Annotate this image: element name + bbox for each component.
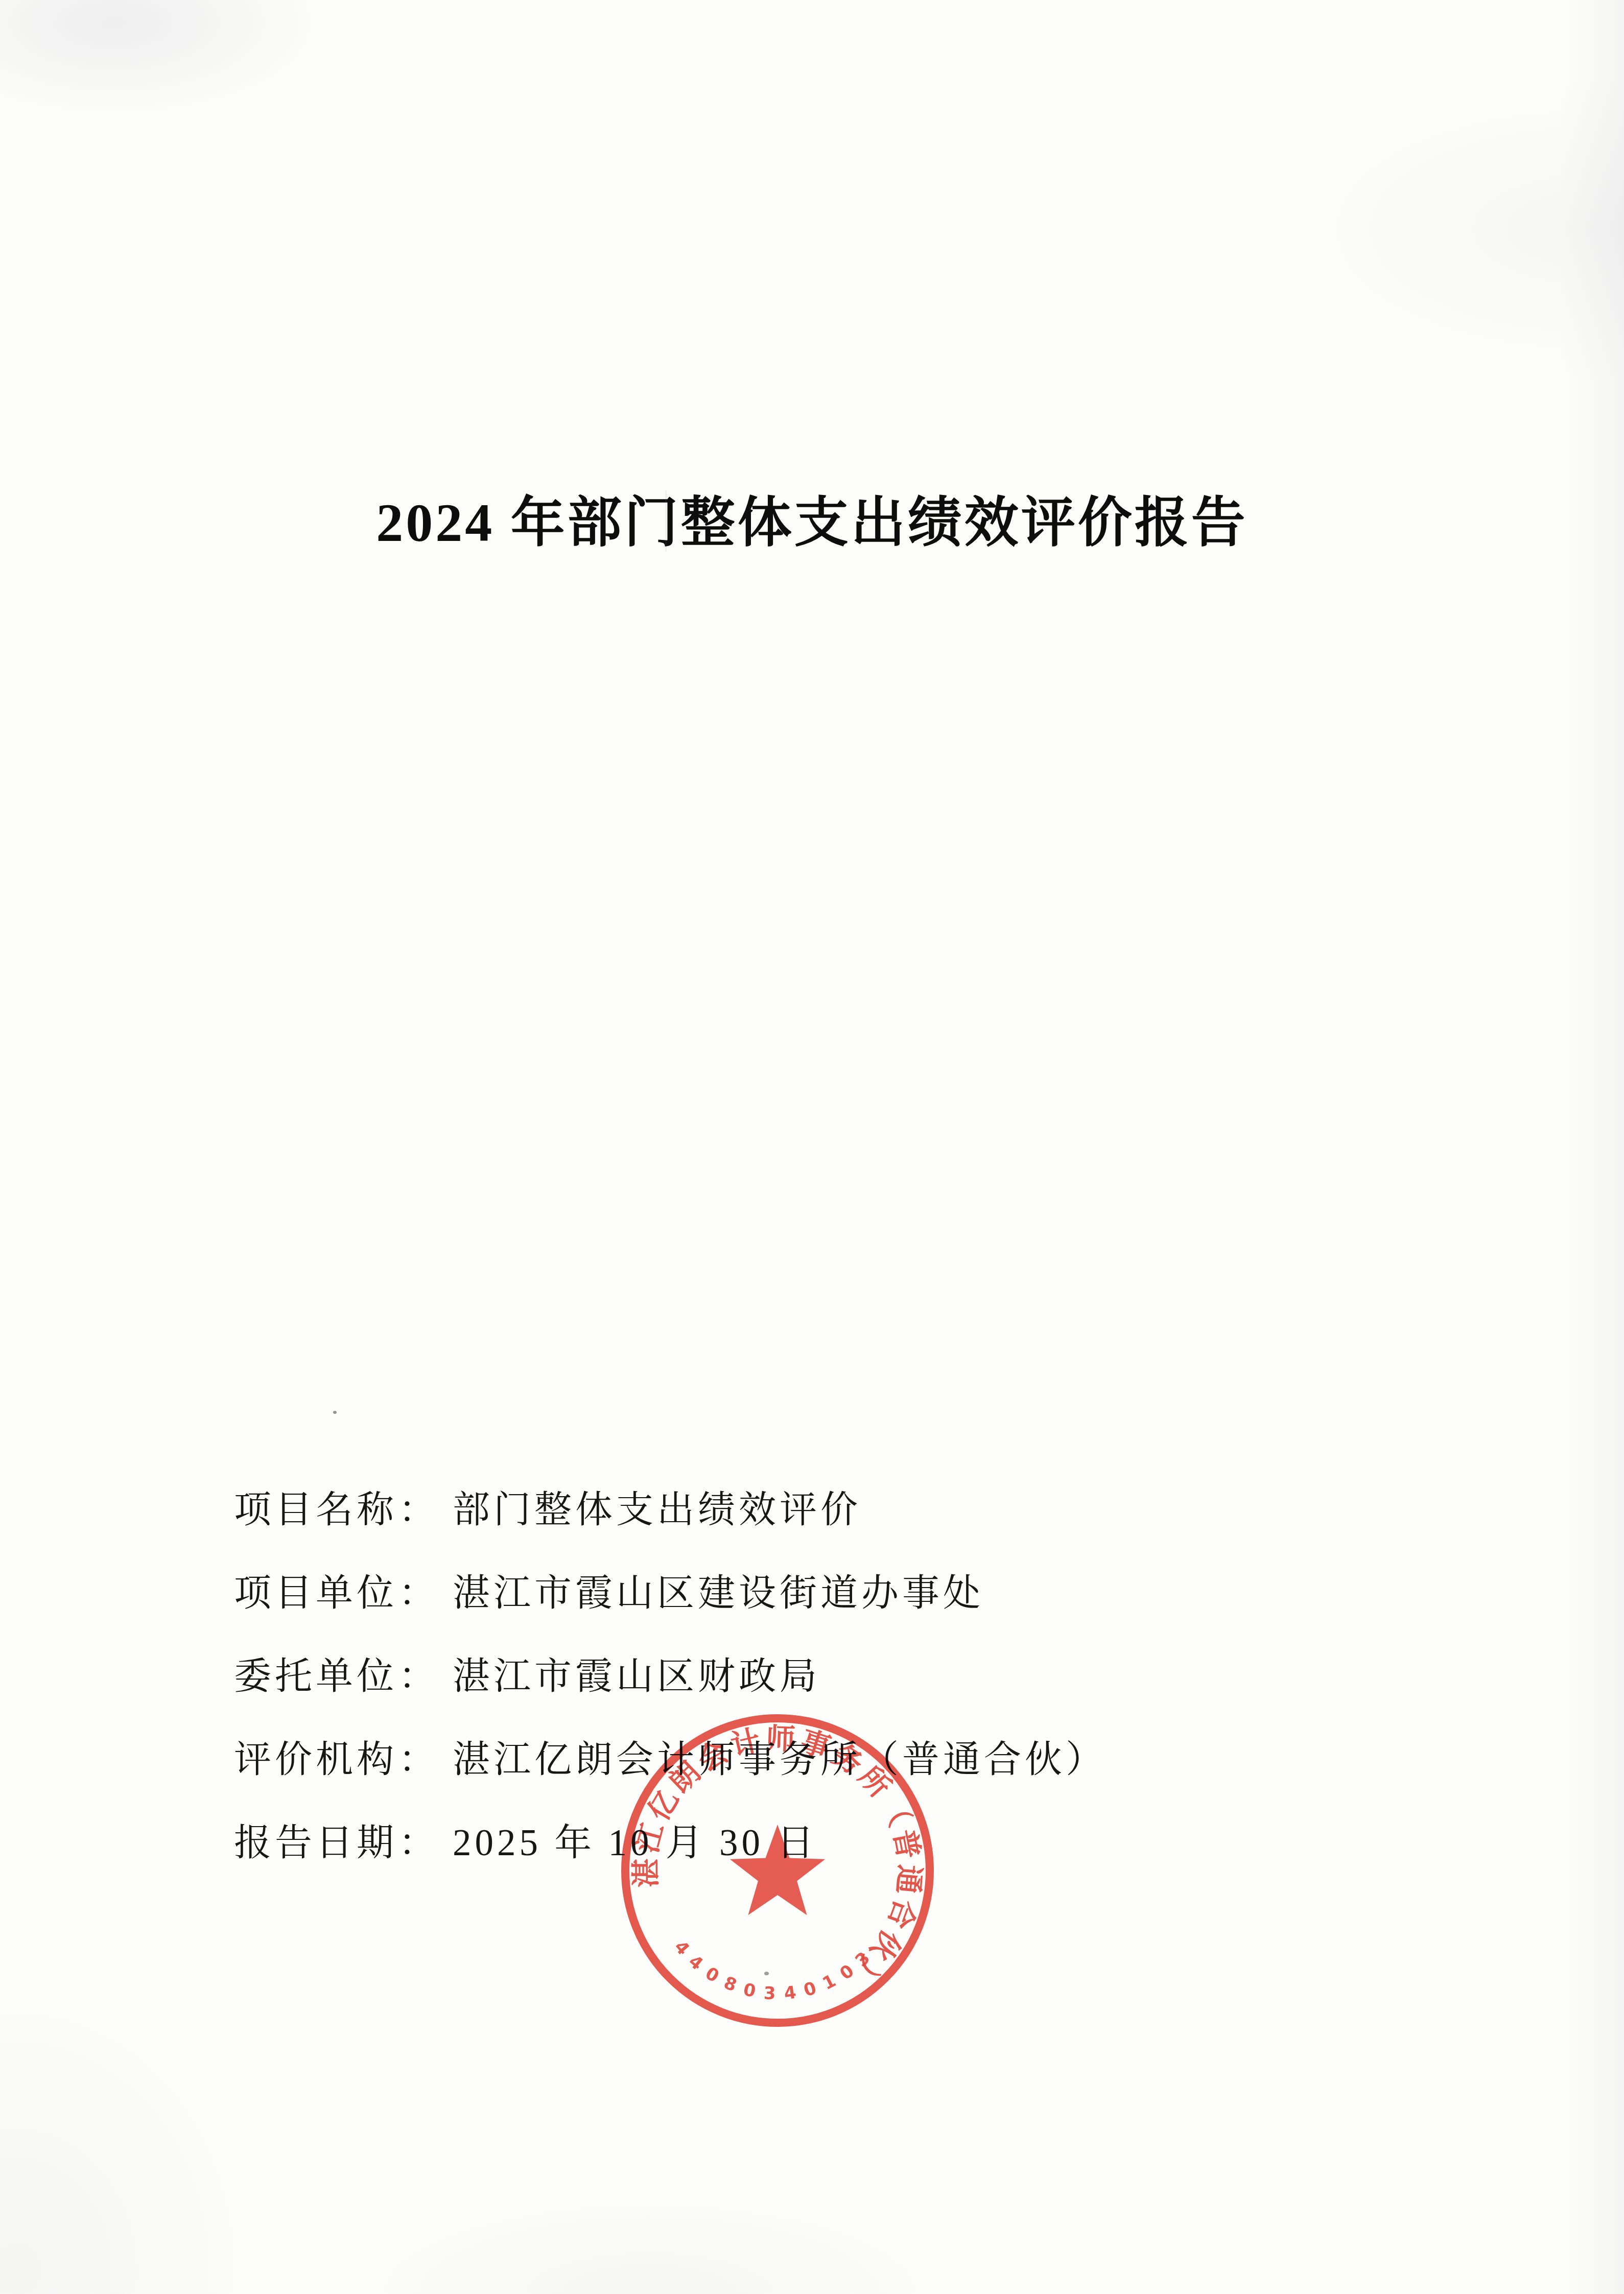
field-label: 评价机构 (234, 1739, 397, 1780)
field-colon: ： (398, 1489, 439, 1530)
field-value: 部门整体支出绩效评价 (453, 1489, 861, 1530)
report-cover-page: { "page": { "title": "2024 年部门整体支出绩效评价报告… (0, 0, 1624, 2294)
field-label: 项目名称 (234, 1489, 397, 1530)
field-label: 项目单位 (234, 1572, 397, 1614)
field-value: 湛江市霞山区财政局 (453, 1656, 820, 1697)
field-label: 报告日期 (234, 1822, 397, 1863)
field-row-project-name: 项目名称：部门整体支出绩效评价 (234, 1479, 861, 1533)
field-value: 湛江市霞山区建设街道办事处 (453, 1572, 984, 1614)
field-colon: ： (398, 1739, 439, 1780)
field-colon: ： (398, 1822, 439, 1863)
field-row-commissioning-unit: 委托单位：湛江市霞山区财政局 (234, 1646, 820, 1699)
page-title: 2024 年部门整体支出绩效评价报告 (0, 479, 1624, 557)
star-icon (730, 1825, 825, 1915)
field-colon: ： (398, 1656, 439, 1697)
scan-speck (333, 1411, 337, 1414)
official-seal: 湛江亿朗会计师事务所（普通合伙） 4408034010373 (603, 1696, 955, 2048)
field-colon: ： (398, 1572, 439, 1614)
field-label: 委托单位 (234, 1656, 397, 1697)
field-row-project-unit: 项目单位：湛江市霞山区建设街道办事处 (234, 1563, 984, 1616)
